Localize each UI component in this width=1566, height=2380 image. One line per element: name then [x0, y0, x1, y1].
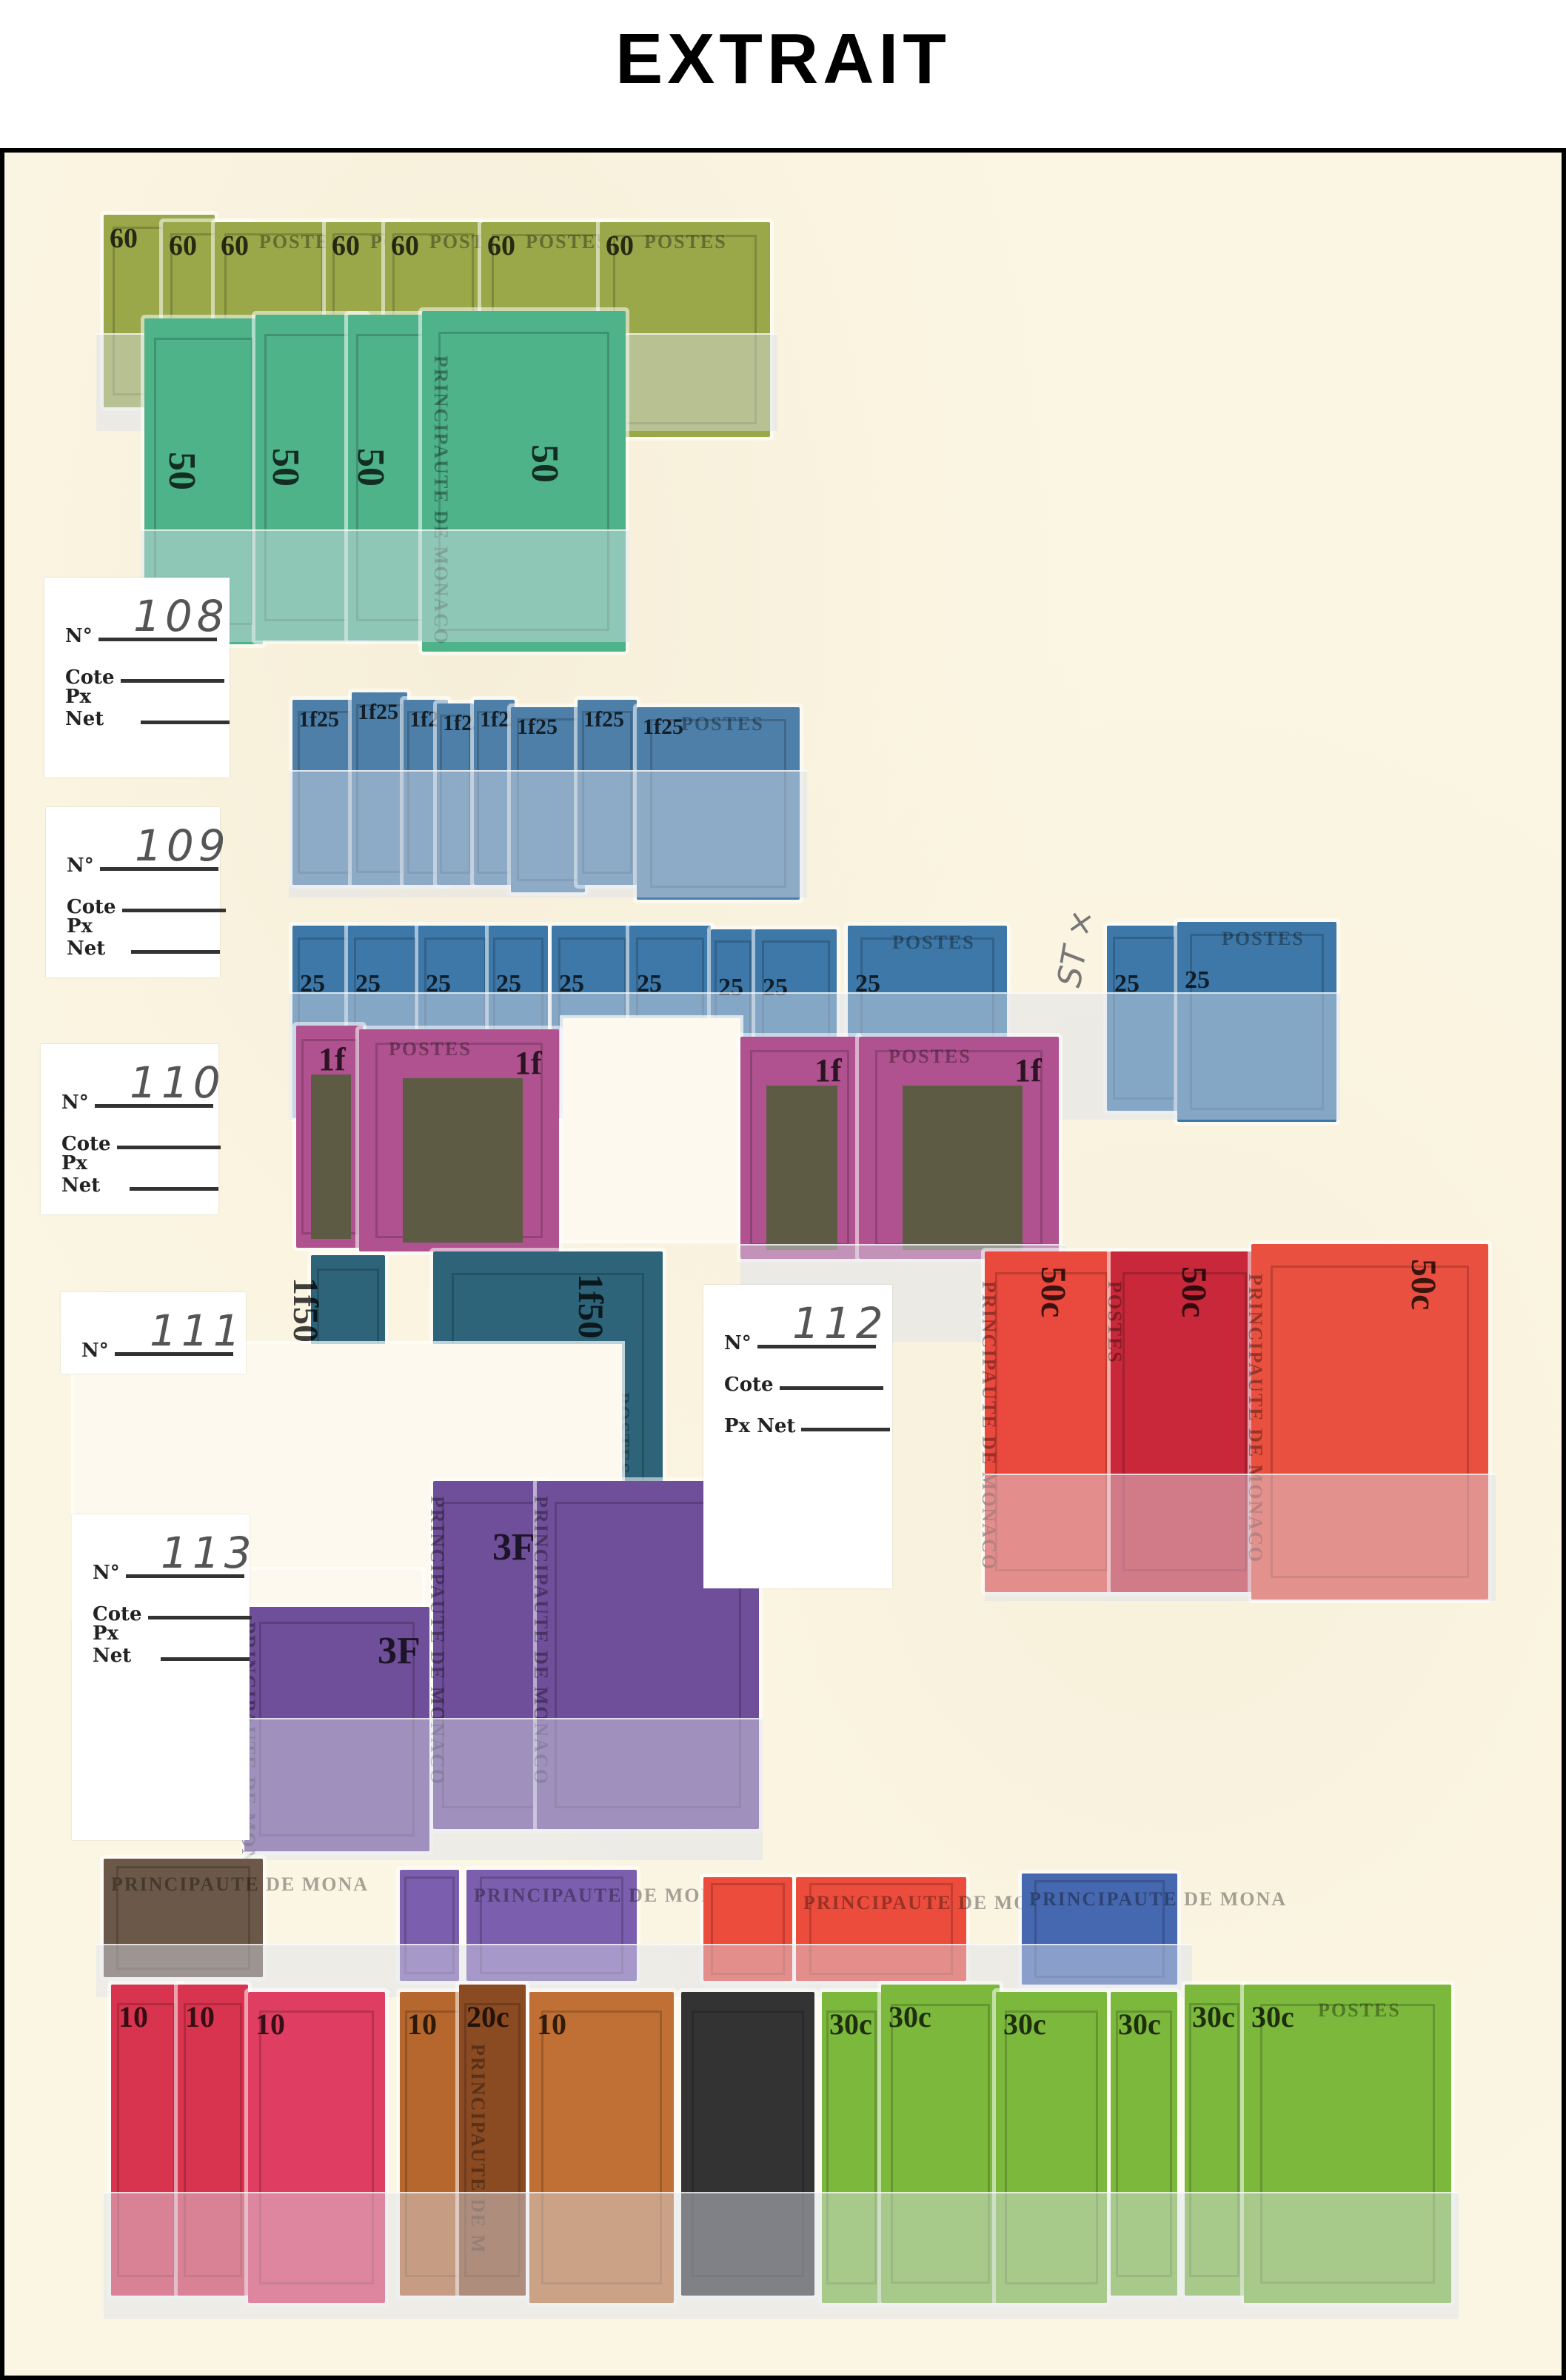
label-number-row-text: N° — [61, 1092, 89, 1114]
label-net-row-line — [130, 1187, 218, 1191]
label-number: 110 — [130, 1057, 225, 1108]
label-number-row-text: N° — [81, 1340, 109, 1362]
label-number-row-text: N° — [724, 1332, 752, 1354]
label-number-row-text: N° — [65, 625, 93, 647]
label-cote-row: Cote — [65, 647, 230, 689]
label-net-row-line — [141, 721, 230, 724]
label-card-108: N°108CotePx Net — [44, 578, 230, 778]
label-cote-row-line — [121, 679, 224, 683]
label-net-row-text: Px Net — [67, 915, 125, 960]
label-cote-row: Cote — [93, 1584, 250, 1625]
label-net-row: Px Net — [67, 918, 220, 960]
label-number-row-text: N° — [93, 1562, 120, 1584]
label-number: 111 — [150, 1306, 245, 1356]
label-net-row-text: Px Net — [724, 1415, 795, 1437]
label-card-110: N°110CotePx Net — [41, 1044, 218, 1214]
label-net-row-line — [801, 1428, 890, 1431]
label-cote-row-line — [148, 1616, 252, 1619]
label-cote-row-line — [780, 1386, 883, 1390]
label-number: 109 — [135, 820, 230, 871]
label-cote-row-line — [122, 909, 226, 912]
label-number: 108 — [133, 591, 229, 641]
label-card-111: N°111 — [61, 1292, 246, 1374]
label-net-row-text: Px Net — [65, 686, 135, 730]
label-cote-row-line — [117, 1146, 221, 1149]
label-net-row: Px Net — [65, 689, 230, 730]
label-net-row: Px Net — [724, 1396, 892, 1437]
label-number: 112 — [792, 1298, 888, 1348]
label-net-row-line — [131, 950, 220, 954]
label-cote-row: Cote — [724, 1354, 892, 1396]
label-number: 113 — [161, 1528, 256, 1578]
labels-layer: N°108CotePx NetN°109CotePx NetN°110CoteP… — [4, 153, 1562, 2376]
label-net-row: Px Net — [61, 1155, 218, 1197]
label-cote-row-text: Cote — [724, 1374, 774, 1396]
label-card-112: N°112CotePx Net — [703, 1285, 892, 1588]
label-net-row-text: Px Net — [61, 1152, 124, 1197]
label-number-row-text: N° — [67, 855, 94, 877]
label-card-109: N°109CotePx Net — [46, 807, 220, 977]
album-page: 606060POSTES60POSTES60POSTES60POSTES60PO… — [0, 148, 1566, 2380]
label-card-113: N°113CotePx Net — [72, 1514, 250, 1840]
page-title: EXTRAIT — [0, 15, 1566, 104]
label-net-row-line — [161, 1657, 250, 1661]
label-net-row-text: Px Net — [93, 1622, 155, 1667]
label-net-row: Px Net — [93, 1625, 250, 1667]
label-cote-row: Cote — [67, 877, 220, 918]
label-cote-row: Cote — [61, 1114, 218, 1155]
